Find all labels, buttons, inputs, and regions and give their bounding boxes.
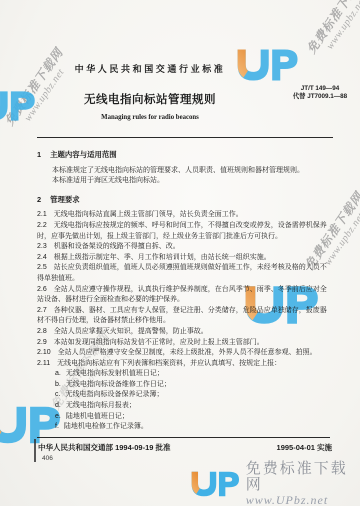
- clause-2-6: 2.6全站人员应遵守操作规程，认真执行维护保养制度，在台风季节、雨季、冬季前后应…: [37, 285, 331, 306]
- clause-2-2: 2.2无线电指向标应按规定的频率、呼号和时间工作，不得擅自改变或停发，设备需停机…: [37, 221, 331, 242]
- page-title-english: Managing rules for radio beacons: [0, 114, 300, 121]
- clause-2-7: 2.7各种仪器、器材、工具应有专人保管，登记注册、分类储存，危险品应单独储存，报…: [37, 306, 331, 327]
- section-number: 2: [37, 195, 41, 206]
- clause-2-5: 2.5站长应负责组织值班，值班人员必须遵照值班规则做好值班工作，未经考核及格的人…: [37, 263, 331, 284]
- clause-2-11: 2.11无线电指向标站应有下列表簿和档案资料，并应认真填写、按规定上报：: [37, 359, 331, 370]
- clause-2-3: 2.3机器和设备架设的线路不得擅自拆、改。: [37, 242, 331, 253]
- clause-number: 2.9: [37, 338, 47, 349]
- clause-number: 2.7: [37, 306, 47, 317]
- clause-number: 2.11: [37, 359, 50, 370]
- clause-number: 2.6: [37, 285, 47, 296]
- clause-text: 无线电指向标站直属上级主管部门领导，站长负责全面工作。: [54, 211, 243, 218]
- clause-number: 2.1: [37, 210, 47, 221]
- standard-document-page: 中华人民共和国交通行业标准 JT/T 149—94 代替 JT7009.1—88…: [0, 0, 360, 506]
- list-item-d: d.无线电指向标月报表；: [37, 401, 331, 412]
- page-title: 无线电指向标站管理规则: [0, 91, 300, 107]
- header-rule: [37, 137, 333, 138]
- list-item-text: 陆地机电检修工作记录簿。: [64, 423, 148, 430]
- clause-number: 2.3: [37, 242, 47, 253]
- footer: 中华人民共和国交通部 1994-09-19 批准 1995-04-01 实施: [38, 442, 332, 453]
- clause-text: 无线电指向标站应有下列表簿和档案资料，并应认真填写、按规定上报：: [57, 360, 281, 367]
- list-item-marker: a.: [55, 369, 61, 380]
- list-item-marker: b.: [55, 380, 61, 391]
- clause-text: 站长应负责组织值班，值班人员必须遵照值班规则做好值班工作，未经考核及格的人员不得…: [37, 264, 327, 282]
- list-item-a: a.无线电指向标发射机值班日记；: [37, 369, 331, 380]
- section-number: 1: [37, 150, 41, 161]
- list-item-marker: e.: [55, 412, 61, 423]
- clause-text: 全站人员应严格遵守安全保卫制度，未经上级批准，外界人员不得任意参观、拍照。: [58, 349, 317, 356]
- list-item-text: 无线电指向标设备保养记录簿；: [65, 391, 163, 398]
- section-1-heading: 1主题内容与适用范围: [37, 150, 331, 161]
- list-item-text: 陆地机电值班日记；: [66, 413, 129, 420]
- list-item-marker: f.: [55, 422, 59, 433]
- clause-2-1: 2.1无线电指向标站直属上级主管部门领导，站长负责全面工作。: [37, 210, 331, 221]
- org-standard-label: 中华人民共和国交通行业标准: [0, 62, 300, 75]
- clause-text: 无线电指向标应按规定的频率、呼号和时间工作，不得擅自改变或停发，设备需停机保养时…: [37, 222, 327, 240]
- clause-number: 2.8: [37, 327, 47, 338]
- list-item-marker: d.: [55, 401, 61, 412]
- list-item-marker: c.: [55, 390, 60, 401]
- clause-2-8: 2.8全站人员应掌握灭火知识，提高警惕，防止事故。: [37, 327, 331, 338]
- list-item-text: 无线电指向标月报表；: [66, 402, 136, 409]
- section-2-heading: 2管理要求: [37, 195, 331, 206]
- implementation-text: 1995-04-01 实施: [277, 442, 332, 453]
- section-title: 主题内容与适用范围: [50, 150, 117, 159]
- scan-artifact: [34, 439, 36, 462]
- clause-text: 各种仪器、器材、工具应有专人保管，登记注册、分类储存，危险品应单独储存，报废器材…: [37, 307, 327, 325]
- list-item-text: 无线电指向标设备维修工作日记；: [66, 381, 171, 388]
- clause-text: 全站人员应遵守操作规程，认真执行维护保养制度，在台风季节、雨季、冬季前后应对全站…: [37, 286, 327, 304]
- intro-paragraph: 本标准适用于海区无线电指向标站。: [37, 176, 331, 187]
- clause-2-10: 2.10全站人员应严格遵守安全保卫制度，未经上级批准，外界人员不得任意参观、拍照…: [37, 348, 331, 359]
- clause-number: 2.5: [37, 263, 47, 274]
- footer-rule: [37, 437, 330, 438]
- list-item-text: 无线电指向标发射机值班日记；: [66, 370, 164, 377]
- list-item-c: c.无线电指向标设备保养记录簿；: [37, 390, 331, 401]
- clause-text: 根据上级指示制定年、季、月工作和培训计划，由站长统一组织实施。: [54, 254, 271, 261]
- clause-2-9: 2.9本站如发现同组指向标站发信不正常时，应及时上报上级主管部门。: [37, 338, 331, 349]
- approval-text: 中华人民共和国交通部 1994-09-19 批准: [38, 442, 171, 453]
- clause-number: 2.10: [37, 348, 51, 359]
- document-body: 1主题内容与适用范围 本标准规定了无线电指向标站的管理要求、人员职责、值班规则和…: [37, 150, 331, 433]
- page-number: 406: [42, 455, 53, 462]
- list-item-e: e.陆地机电值班日记；: [37, 412, 331, 423]
- list-item-f: f.陆地机电检修工作记录簿。: [37, 422, 331, 433]
- section-title: 管理要求: [50, 195, 80, 204]
- list-item-b: b.无线电指向标设备维修工作日记；: [37, 380, 331, 391]
- intro-paragraph: 本标准规定了无线电指向标站的管理要求、人员职责、值班规则和器材管理规则。: [37, 166, 331, 177]
- clause-2-4: 2.4根据上级指示制定年、季、月工作和培训计划，由站长统一组织实施。: [37, 253, 331, 264]
- clause-text: 全站人员应掌握灭火知识，提高警惕，防止事故。: [54, 328, 208, 335]
- clause-text: 本站如发现同组指向标站发信不正常时，应及时上报上级主管部门。: [54, 339, 264, 346]
- clause-text: 机器和设备架设的线路不得擅自拆、改。: [54, 243, 180, 250]
- clause-number: 2.4: [37, 253, 47, 264]
- clause-number: 2.2: [37, 221, 47, 232]
